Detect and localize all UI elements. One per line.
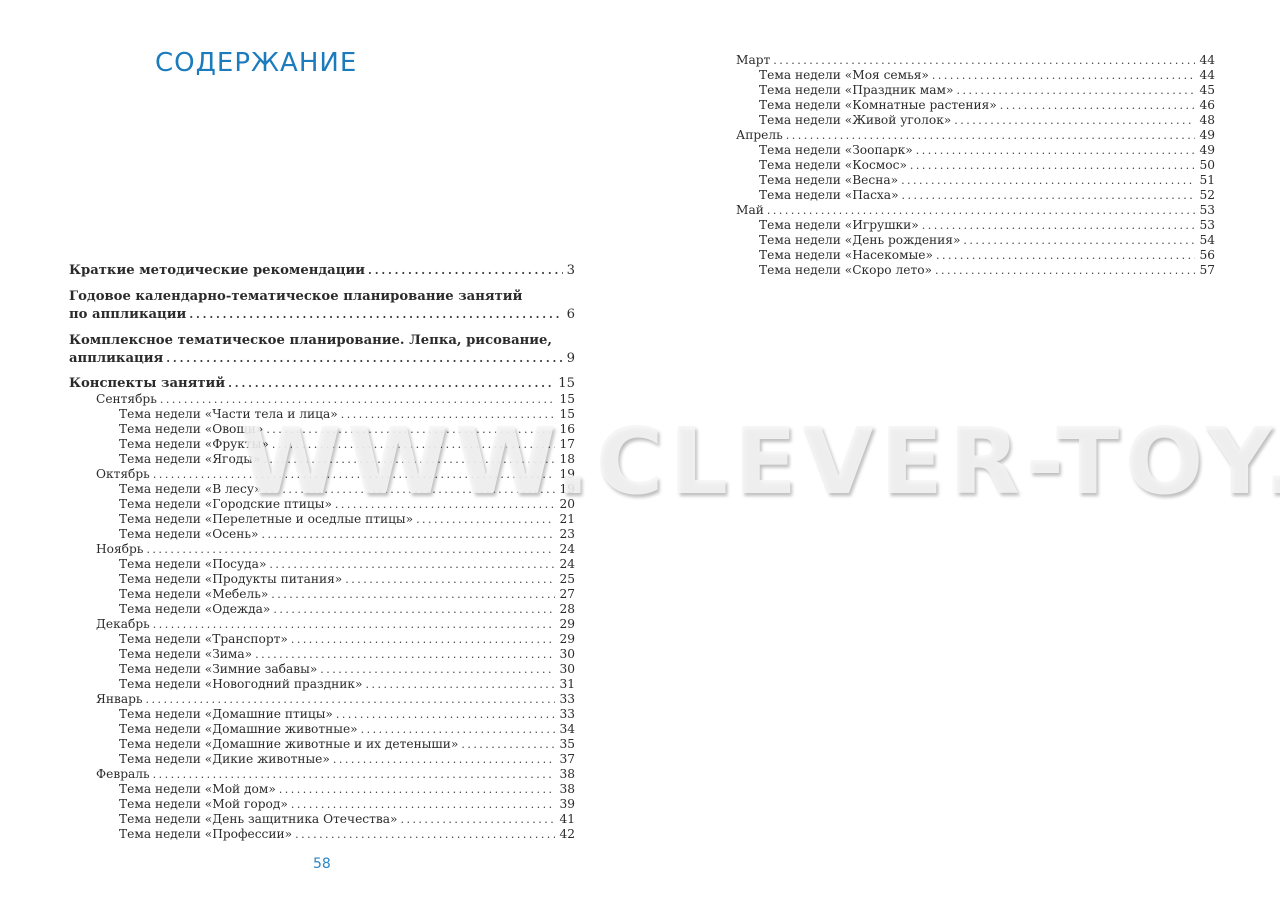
dot-leader — [335, 497, 556, 512]
toc-entry-page: 44 — [1195, 53, 1215, 68]
toc-entry-label: Тема недели «День рождения» — [759, 233, 963, 248]
toc-topic-entry[interactable]: Тема недели «Транспорт»29 — [69, 632, 575, 647]
toc-entry-page: 28 — [555, 602, 575, 617]
toc-entry-page: 25 — [555, 572, 575, 587]
dot-leader — [400, 812, 555, 827]
dot-leader — [368, 262, 563, 280]
dot-leader — [936, 248, 1196, 263]
toc-lessons-list-continued: Март44Тема недели «Моя семья»44Тема неде… — [736, 53, 1215, 278]
toc-entry-page: 29 — [555, 632, 575, 647]
toc-entry-label: Тема недели «Дикие животные» — [119, 752, 333, 767]
dot-leader — [295, 827, 555, 842]
dot-leader — [361, 722, 556, 737]
toc-month-entry[interactable]: Апрель49 — [736, 128, 1215, 143]
dot-leader — [916, 143, 1196, 158]
toc-entry-label: Конспекты занятий — [69, 376, 228, 391]
toc-entry-label: по аппликации — [69, 306, 189, 324]
toc-month-entry[interactable]: Ноябрь24 — [69, 542, 575, 557]
dot-leader — [922, 218, 1196, 233]
toc-topic-entry[interactable]: Тема недели «День рождения»54 — [736, 233, 1215, 248]
dot-leader — [146, 692, 556, 707]
toc-topic-entry[interactable]: Тема недели «Продукты питания»25 — [69, 572, 575, 587]
toc-entry-label: Тема недели «Профессии» — [119, 827, 295, 842]
toc-entry-label: Тема недели «Пасха» — [759, 188, 902, 203]
toc-entry-page: 21 — [555, 512, 575, 527]
toc-entry-label: Тема недели «Домашние птицы» — [119, 707, 336, 722]
dot-leader — [932, 68, 1196, 83]
toc-entry-label: Тема недели «Перелетные и оседлые птицы» — [119, 512, 416, 527]
toc-topic-entry[interactable]: Тема недели «Перелетные и оседлые птицы»… — [69, 512, 575, 527]
toc-topic-entry[interactable]: Тема недели «В лесу»19 — [69, 482, 575, 497]
dot-leader — [263, 452, 555, 467]
toc-entry-label: Тема недели «Фрукты» — [119, 437, 272, 452]
toc-entry-page: 45 — [1195, 83, 1215, 98]
toc-lessons-list: Конспекты занятий15Сентябрь15Тема недели… — [69, 376, 575, 842]
toc-topic-entry[interactable]: Тема недели «Осень»23 — [69, 527, 575, 542]
toc-topic-entry[interactable]: Тема недели «Городские птицы»20 — [69, 497, 575, 512]
toc-topic-entry[interactable]: Тема недели «Новогодний праздник»31 — [69, 677, 575, 692]
toc-entry-page: 51 — [1195, 173, 1215, 188]
toc-entry-label: Тема недели «Мой город» — [119, 797, 291, 812]
toc-section-entry[interactable]: Конспекты занятий15 — [69, 376, 575, 392]
toc-topic-entry[interactable]: Тема недели «Домашние птицы»33 — [69, 707, 575, 722]
toc-entry-label: Тема недели «Овощи» — [119, 422, 266, 437]
dot-leader — [146, 542, 555, 557]
toc-month-entry[interactable]: Январь33 — [69, 692, 575, 707]
toc-entry-label: Тема недели «Космос» — [759, 158, 910, 173]
toc-topic-entry[interactable]: Тема недели «Домашние животные»34 — [69, 722, 575, 737]
toc-entry-page: 33 — [555, 692, 575, 707]
toc-entry-page: 17 — [555, 437, 575, 452]
toc-major-entry[interactable]: Комплексное тематическое планирование. Л… — [69, 332, 575, 368]
dot-leader — [291, 632, 556, 647]
toc-topic-entry[interactable]: Тема недели «Игрушки»53 — [736, 218, 1215, 233]
toc-entry-page: 15 — [554, 376, 575, 391]
toc-topic-entry[interactable]: Тема недели «Части тела и лица»15 — [69, 407, 575, 422]
toc-entry-page: 29 — [555, 617, 575, 632]
dot-leader — [153, 467, 556, 482]
toc-entry-label: Тема недели «Новогодний праздник» — [119, 677, 366, 692]
toc-entry-label: Март — [736, 53, 773, 68]
toc-entry-page: 35 — [555, 737, 575, 752]
toc-topic-entry[interactable]: Тема недели «Насекомые»56 — [736, 248, 1215, 263]
toc-entry-label: Тема недели «Комнатные растения» — [759, 98, 1000, 113]
toc-entry-page: 23 — [555, 527, 575, 542]
dot-leader — [366, 677, 556, 692]
toc-month-entry[interactable]: Декабрь29 — [69, 617, 575, 632]
toc-entry-label: Апрель — [736, 128, 786, 143]
toc-entry-page: 3 — [563, 262, 575, 280]
toc-entry-label: Тема недели «Осень» — [119, 527, 261, 542]
toc-entry-label: аппликация — [69, 350, 166, 368]
toc-entry-page: 19 — [555, 467, 575, 482]
dot-leader — [1000, 98, 1196, 113]
toc-entry-page: 44 — [1195, 68, 1215, 83]
toc-left-column: Краткие методические рекомендации3Годово… — [69, 262, 575, 842]
toc-entry-page: 49 — [1195, 143, 1215, 158]
dot-leader — [271, 587, 555, 602]
toc-month-entry[interactable]: Сентябрь15 — [69, 392, 575, 407]
toc-topic-entry[interactable]: Тема недели «Моя семья»44 — [736, 68, 1215, 83]
dot-leader — [228, 376, 554, 391]
dot-leader — [160, 392, 556, 407]
dot-leader — [416, 512, 555, 527]
toc-entry-page: 38 — [555, 782, 575, 797]
toc-topic-entry[interactable]: Тема недели «Пасха»52 — [736, 188, 1215, 203]
dot-leader — [935, 263, 1195, 278]
toc-topic-entry[interactable]: Тема недели «Скоро лето»57 — [736, 263, 1215, 278]
dot-leader — [345, 572, 555, 587]
toc-entry-page: 34 — [555, 722, 575, 737]
toc-topic-entry[interactable]: Тема недели «Живой уголок»48 — [736, 113, 1215, 128]
dot-leader — [341, 407, 556, 422]
toc-entry-label-line: Годовое календарно-тематическое планиров… — [69, 288, 575, 306]
dot-leader — [767, 203, 1196, 218]
dot-leader — [291, 797, 556, 812]
toc-entry-label: Май — [736, 203, 767, 218]
toc-entry-label: Тема недели «Транспорт» — [119, 632, 291, 647]
toc-entry-label: Тема недели «Живой уголок» — [759, 113, 954, 128]
toc-topic-entry[interactable]: Тема недели «Мебель»27 — [69, 587, 575, 602]
toc-entry-label: Тема недели «Продукты питания» — [119, 572, 345, 587]
toc-entry-page: 33 — [555, 707, 575, 722]
toc-entry-page: 42 — [555, 827, 575, 842]
toc-entry-label: Тема недели «Игрушки» — [759, 218, 922, 233]
toc-topic-entry[interactable]: Тема недели «Зимние забавы»30 — [69, 662, 575, 677]
toc-topic-entry[interactable]: Тема недели «Овощи»16 — [69, 422, 575, 437]
toc-topic-entry[interactable]: Тема недели «Ягоды»18 — [69, 452, 575, 467]
dot-leader — [153, 617, 556, 632]
toc-entry-label: Тема недели «В лесу» — [119, 482, 264, 497]
dot-leader — [189, 306, 562, 324]
toc-topic-entry[interactable]: Тема недели «Мой город»39 — [69, 797, 575, 812]
toc-entry-page: 16 — [555, 422, 575, 437]
toc-topic-entry[interactable]: Тема недели «Домашние животные и их дете… — [69, 737, 575, 752]
toc-topic-entry[interactable]: Тема недели «Фрукты»17 — [69, 437, 575, 452]
toc-month-entry[interactable]: Февраль38 — [69, 767, 575, 782]
toc-right-column: Март44Тема недели «Моя семья»44Тема неде… — [736, 53, 1215, 278]
toc-entry-page: 46 — [1195, 98, 1215, 113]
toc-entry-label: Ноябрь — [96, 542, 146, 557]
toc-entry-label: Тема недели «Домашние животные» — [119, 722, 361, 737]
toc-entry-page: 24 — [555, 542, 575, 557]
dot-leader — [279, 782, 556, 797]
toc-entry-page: 48 — [1195, 113, 1215, 128]
toc-topic-entry[interactable]: Тема недели «Зоопарк»49 — [736, 143, 1215, 158]
toc-entry-page: 56 — [1195, 248, 1215, 263]
toc-entry-page: 50 — [1195, 158, 1215, 173]
dot-leader — [273, 602, 555, 617]
toc-entry-page: 30 — [555, 662, 575, 677]
toc-entry-page: 15 — [555, 392, 575, 407]
toc-entry-label: Тема недели «Зима» — [119, 647, 255, 662]
toc-entry-page: 20 — [555, 497, 575, 512]
dot-leader — [153, 767, 556, 782]
toc-entry-page: 15 — [555, 407, 575, 422]
toc-major-sections: Краткие методические рекомендации3Годово… — [69, 262, 575, 368]
dot-leader — [773, 53, 1195, 68]
toc-entry-page: 39 — [555, 797, 575, 812]
toc-entry-label: Тема недели «Одежда» — [119, 602, 273, 617]
toc-entry-page: 53 — [1195, 203, 1215, 218]
toc-entry-page: 27 — [555, 587, 575, 602]
toc-entry-label: Тема недели «Домашние животные и их дете… — [119, 737, 461, 752]
page-number: 58 — [313, 856, 331, 872]
toc-entry-label: Февраль — [96, 767, 153, 782]
toc-topic-entry[interactable]: Тема недели «Весна»51 — [736, 173, 1215, 188]
toc-entry-page: 6 — [563, 306, 575, 324]
toc-entry-label: Сентябрь — [96, 392, 160, 407]
toc-entry-page: 9 — [563, 350, 575, 368]
toc-entry-label: Тема недели «Мой дом» — [119, 782, 279, 797]
toc-entry-label: Тема недели «Насекомые» — [759, 248, 936, 263]
toc-entry-label: Тема недели «День защитника Отечества» — [119, 812, 400, 827]
toc-topic-entry[interactable]: Тема недели «Мой дом»38 — [69, 782, 575, 797]
toc-topic-entry[interactable]: Тема недели «Праздник мам»45 — [736, 83, 1215, 98]
toc-topic-entry[interactable]: Тема недели «Посуда»24 — [69, 557, 575, 572]
toc-entry-page: 52 — [1195, 188, 1215, 203]
dot-leader — [266, 422, 555, 437]
toc-topic-entry[interactable]: Тема недели «Зима»30 — [69, 647, 575, 662]
page-title: СОДЕРЖАНИЕ — [155, 48, 357, 78]
toc-entry-page: 41 — [555, 812, 575, 827]
toc-entry-label: Тема недели «Моя семья» — [759, 68, 932, 83]
dot-leader — [461, 737, 555, 752]
dot-leader — [910, 158, 1196, 173]
toc-major-entry[interactable]: Годовое календарно-тематическое планиров… — [69, 288, 575, 324]
toc-topic-entry[interactable]: Тема недели «День защитника Отечества»41 — [69, 812, 575, 827]
dot-leader — [954, 113, 1195, 128]
toc-entry-label: Тема недели «Зоопарк» — [759, 143, 916, 158]
toc-topic-entry[interactable]: Тема недели «Космос»50 — [736, 158, 1215, 173]
toc-month-entry[interactable]: Март44 — [736, 53, 1215, 68]
toc-entry-label: Тема недели «Зимние забавы» — [119, 662, 320, 677]
toc-major-entry[interactable]: Краткие методические рекомендации3 — [69, 262, 575, 280]
toc-topic-entry[interactable]: Тема недели «Комнатные растения»46 — [736, 98, 1215, 113]
toc-entry-label: Тема недели «Праздник мам» — [759, 83, 956, 98]
dot-leader — [963, 233, 1195, 248]
toc-entry-page: 19 — [555, 482, 575, 497]
dot-leader — [166, 350, 562, 368]
toc-entry-page: 49 — [1195, 128, 1215, 143]
dot-leader — [269, 557, 555, 572]
toc-entry-label: Тема недели «Части тела и лица» — [119, 407, 341, 422]
toc-entry-page: 24 — [555, 557, 575, 572]
toc-entry-page: 30 — [555, 647, 575, 662]
dot-leader — [255, 647, 555, 662]
toc-month-entry[interactable]: Май53 — [736, 203, 1215, 218]
toc-entry-page: 57 — [1195, 263, 1215, 278]
toc-entry-label: Тема недели «Скоро лето» — [759, 263, 935, 278]
toc-month-entry[interactable]: Октябрь19 — [69, 467, 575, 482]
dot-leader — [786, 128, 1196, 143]
toc-entry-label: Декабрь — [96, 617, 153, 632]
toc-entry-label: Октябрь — [96, 467, 153, 482]
toc-entry-page: 31 — [555, 677, 575, 692]
toc-entry-page: 38 — [555, 767, 575, 782]
toc-entry-label: Тема недели «Весна» — [759, 173, 901, 188]
dot-leader — [333, 752, 556, 767]
dot-leader — [336, 707, 556, 722]
dot-leader — [901, 173, 1195, 188]
toc-entry-label: Тема недели «Ягоды» — [119, 452, 263, 467]
dot-leader — [264, 482, 555, 497]
toc-entry-page: 54 — [1195, 233, 1215, 248]
toc-entry-page: 37 — [555, 752, 575, 767]
dot-leader — [272, 437, 556, 452]
toc-entry-label-line: Комплексное тематическое планирование. Л… — [69, 332, 575, 350]
dot-leader — [261, 527, 555, 542]
toc-entry-page: 53 — [1195, 218, 1215, 233]
toc-topic-entry[interactable]: Тема недели «Одежда»28 — [69, 602, 575, 617]
dot-leader — [956, 83, 1195, 98]
toc-topic-entry[interactable]: Тема недели «Профессии»42 — [69, 827, 575, 842]
dot-leader — [320, 662, 555, 677]
toc-entry-label: Тема недели «Мебель» — [119, 587, 271, 602]
toc-entry-page: 18 — [555, 452, 575, 467]
toc-entry-label: Тема недели «Посуда» — [119, 557, 269, 572]
toc-topic-entry[interactable]: Тема недели «Дикие животные»37 — [69, 752, 575, 767]
toc-entry-label: Краткие методические рекомендации — [69, 262, 368, 280]
toc-entry-label: Тема недели «Городские птицы» — [119, 497, 335, 512]
toc-entry-label: Январь — [96, 692, 146, 707]
dot-leader — [902, 188, 1196, 203]
